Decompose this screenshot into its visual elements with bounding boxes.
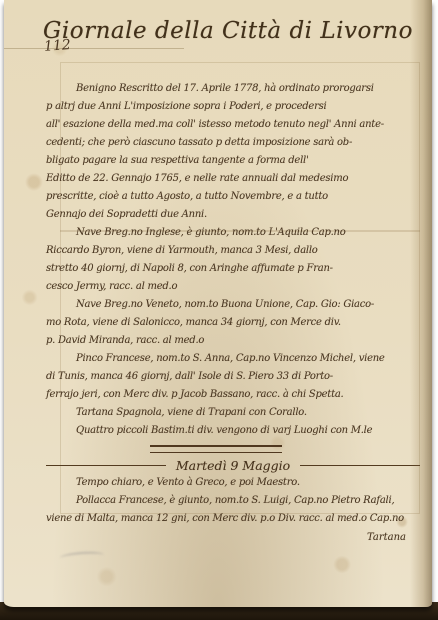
manuscript-line: Nave Breg.no Veneto, nom.to Buona Unione…	[46, 296, 420, 314]
manuscript-line: cedenti; che però ciascuno tassato p det…	[46, 134, 420, 152]
day-heading-text: Martedì 9 Maggio	[166, 458, 300, 473]
pencil-mark	[60, 550, 105, 562]
manuscript-line: Pinco Francese, nom.to S. Anna, Cap.no V…	[46, 350, 420, 368]
manuscript-line: Nave Breg.no Inglese, è giunto, nom.to L…	[46, 224, 420, 242]
manuscript-line: stretto 40 giornj, di Napoli 8, con Arin…	[46, 260, 420, 278]
entry-tartana-spagnola: Tartana Spagnola, viene di Trapani con C…	[46, 404, 420, 422]
manuscript-line: p altrj due Anni L'imposizione sopra i P…	[46, 98, 420, 116]
entry-quattro-bastimenti: Quattro piccoli Bastim.ti div. vengono d…	[46, 422, 420, 440]
manuscript-line: di Tunis, manca 46 giornj, dall' Isole d…	[46, 368, 420, 386]
page-stack-edge	[410, 0, 432, 607]
manuscript-line: Pollacca Francese, è giunto, nom.to S. L…	[46, 492, 420, 510]
catchword: Tartana	[46, 532, 420, 543]
heading-rule-left	[46, 465, 166, 466]
manuscript-line: Benigno Rescritto del 17. Aprile 1778, h…	[46, 80, 420, 98]
manuscript-line: Quattro piccoli Bastim.ti div. vengono d…	[46, 422, 420, 440]
double-rule	[150, 445, 282, 453]
entry-prescritto: Benigno Rescritto del 17. Aprile 1778, h…	[46, 80, 420, 224]
manuscript-line: Tempo chiaro, e Vento à Greco, e poi Mae…	[46, 474, 420, 492]
manuscript-line: cesco Jermy, racc. al med.o	[46, 278, 420, 296]
showthrough-line	[4, 48, 184, 49]
manuscript-line: all' esazione della med.ma coll' istesso…	[46, 116, 420, 134]
page-title: Giornale della Città di Livorno	[34, 18, 422, 44]
entry-nave-inglese: Nave Breg.no Inglese, è giunto, nom.to L…	[46, 224, 420, 296]
entry-nave-veneta: Nave Breg.no Veneto, nom.to Buona Unione…	[46, 296, 420, 350]
manuscript-line: Tartana Spagnola, viene di Trapani con C…	[46, 404, 420, 422]
manuscript-line: viene di Malta, manca 12 gni, con Merc d…	[46, 510, 420, 528]
manuscript-line: ferrajo jeri, con Merc div. p Jacob Bass…	[46, 386, 420, 404]
entry-weather: Tempo chiaro, e Vento à Greco, e poi Mae…	[46, 474, 420, 492]
manuscript-page: 112 Giornale della Città di Livorno Beni…	[4, 0, 432, 607]
manuscript-line: bligato pagare la sua respettiva tangent…	[46, 152, 420, 170]
manuscript-body: Benigno Rescritto del 17. Aprile 1778, h…	[46, 80, 420, 543]
heading-rule-right	[300, 465, 420, 466]
manuscript-line: Riccardo Byron, viene di Yarmouth, manca…	[46, 242, 420, 260]
manuscript-line: mo Rota, viene di Salonicco, manca 34 gi…	[46, 314, 420, 332]
manuscript-line: Editto de 22. Gennajo 1765, e nelle rate…	[46, 170, 420, 188]
manuscript-line: p. David Miranda, racc. al med.o	[46, 332, 420, 350]
entry-pinco-francese: Pinco Francese, nom.to S. Anna, Cap.no V…	[46, 350, 420, 404]
manuscript-line: prescritte, cioè a tutto Agosto, a tutto…	[46, 188, 420, 206]
day-heading: Martedì 9 Maggio	[46, 456, 420, 474]
manuscript-line: Gennajo dei Sopradetti due Anni.	[46, 206, 420, 224]
entry-pollacca-francese: Pollacca Francese, è giunto, nom.to S. L…	[46, 492, 420, 528]
